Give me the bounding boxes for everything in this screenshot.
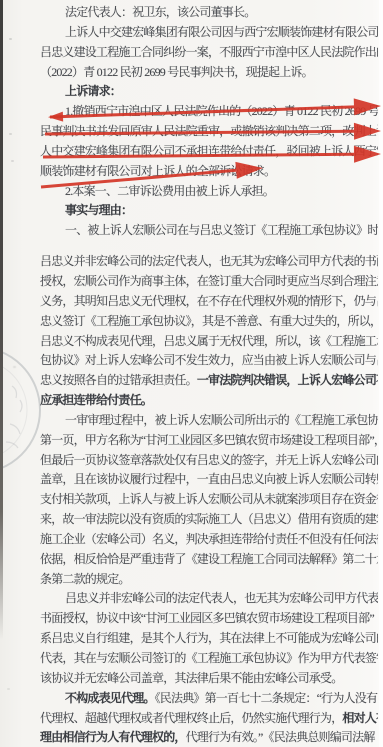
doc-text: 《民法典》第一百七十二条规定：“行为人没有 (155, 691, 378, 705)
doc-line: 忠义签订《工程施工承包协议》，其是不善意、有重大过失的，所以， (40, 312, 378, 332)
doc-line: 包协议》对上诉人宏峰公司不发生效力，应当由被上诉人宏顺公司与吕 (40, 351, 378, 371)
doc-line: 忠义按照各自的过错承担责任。一审法院判决错误，上诉人宏峰公司不 (40, 371, 378, 391)
doc-line: 不构成表见代理。《民法典》第一百七十二条规定：“行为人没有 (40, 689, 378, 709)
doc-text: 吕忠义不构成表见代理，吕忠义属于无权代理，所以，该《工程施工承 (40, 334, 378, 348)
doc-text: 法定代表人：祝卫东，该公司董事长。 (65, 5, 255, 19)
doc-text: 吕忠义并非宏峰公司的法定代表人，也无其为宏峰公司甲方代表的 (65, 591, 378, 605)
doc-text: 顺装饰建材有限公司对上诉人的全部诉讼请求。 (40, 164, 275, 178)
doc-text: 支付相关款项，上诉人与被上诉人宏顺公司从未就案涉项目存在资金往 (40, 492, 378, 506)
doc-line: 吕忠义不构成表见代理，吕忠义属于无权代理，所以，该《工程施工承 (40, 332, 378, 352)
doc-text: 一、被上诉人宏顺公司在与吕忠义签订《工程施工承包协议》时， (65, 223, 378, 237)
doc-text-bold: 上诉请求： (65, 84, 121, 98)
doc-line: 顺装饰建材有限公司对上诉人的全部诉讼请求。 (40, 162, 378, 182)
scan-left-edge-shadow (0, 0, 3, 640)
doc-text-bold: 事实与理由： (65, 203, 132, 217)
doc-text: 忠义签订《工程施工承包协议》，其是不善意、有重大过失的，所以， (40, 314, 378, 328)
doc-line: 上诉请求： (40, 82, 378, 102)
doc-text: 1.撤销西宁市湟中区人民法院作出的（2022）青 0122 民初 2699 号 (65, 104, 378, 118)
scan-right-edge-highlight (379, 0, 383, 747)
doc-text: 2.本案一、二审诉讼费用由被上诉人承担。 (65, 184, 274, 198)
doc-text: （2022）青 0122 民初 2699 号民事判决书，现提起上诉。 (40, 65, 313, 79)
scan-artifact-specks (9, 38, 12, 40)
doc-text: 系吕忠义自行组建，是其个人行为，其在法律上不可能成为宏峰公司的 (40, 631, 378, 645)
doc-line: 授权，宏顺公司作为商事主体，在签订重大合同时更应当尽到合理注意 (40, 272, 378, 292)
doc-line: 代理权、超越代理权或者代理权终止后，仍然实施代理行为，相对人有 (40, 709, 378, 729)
doc-line: 吕忠义并非宏峰公司的法定代表人，也无其为宏峰公司甲方代表的 (40, 589, 378, 609)
doc-line: 但最后一页协议签章落款处仅有吕忠义的签字，并无上诉人宏峰公司的 (40, 451, 378, 471)
doc-line: 法定代表人：祝卫东，该公司董事长。 (40, 3, 378, 23)
doc-text: 授权，宏顺公司作为商事主体，在签订重大合同时更应当尽到合理注意 (40, 274, 378, 288)
doc-text-bold: 应承担连带给付责任。 (40, 393, 152, 407)
doc-line: 支付相关款项，上诉人与被上诉人宏顺公司从未就案涉项目存在资金往 (40, 490, 378, 510)
doc-text: 民事判决书并发回原审人民法院重审，或撤销该判决第二项，改判上诉 (40, 124, 378, 138)
doc-line: 民事判决书并发回原审人民法院重审，或撤销该判决第二项，改判上诉 (40, 122, 378, 142)
doc-line: 事实与理由： (40, 201, 378, 221)
document-text: 法定代表人：祝卫东，该公司董事长。上诉人中交建宏峰集团有限公司因与西宁宏顺装饰建… (40, 3, 378, 747)
doc-text: 忠义按照各自的过错承担责任。 (40, 373, 197, 387)
doc-text: 人中交建宏峰集团有限公司不承担连带给付责任，驳回被上诉人西宁宏 (40, 144, 378, 158)
doc-line: 条第二款的规定。 (40, 570, 378, 590)
doc-line: 理由相信行为人有代理权的，代理行为有效。”《民法典总则编司法解 (40, 728, 378, 747)
doc-text: 该协议并无宏峰公司盖章，其法律后果不能由宏峰公司承受。 (40, 671, 342, 685)
doc-line: 第一页，甲方名称为“甘河工业园区多巴镇农贸市场建设工程项目部”， (40, 431, 378, 451)
doc-text: 但最后一页协议签章落款处仅有吕忠义的签字，并无上诉人宏峰公司的 (40, 453, 378, 467)
doc-text-bold: 不构成表见代理。 (65, 691, 155, 705)
doc-line: 人中交建宏峰集团有限公司不承担连带给付责任，驳回被上诉人西宁宏 (40, 142, 378, 162)
doc-text: 依据，相反恰恰是严重违背了《建设工程施工合同司法解释》第二十六 (40, 552, 378, 566)
doc-text-bold: 理由相信行为人有代理权的， (40, 730, 186, 744)
doc-line: 一、被上诉人宏顺公司在与吕忠义签订《工程施工承包协议》时， (40, 221, 378, 241)
doc-line: 1.撤销西宁市湟中区人民法院作出的（2022）青 0122 民初 2699 号 (40, 102, 378, 122)
doc-text: 第一页，甲方名称为“甘河工业园区多巴镇农贸市场建设工程项目部”， (40, 433, 378, 447)
doc-line: 2.本案一、二审诉讼费用由被上诉人承担。 (40, 182, 378, 202)
doc-line: 该协议并无宏峰公司盖章，其法律后果不能由宏峰公司承受。 (40, 669, 378, 689)
doc-line: 一审审理过程中，被上诉人宏顺公司所出示的《工程施工承包协议》 (40, 411, 378, 431)
doc-text: 代理权、超越代理权或者代理权终止后，仍然实施代理行为， (40, 711, 342, 725)
doc-text: 施工企业（宏峰公司）名义，判决承担连带给付责任不但没有任何法律 (40, 532, 378, 546)
doc-line: 上诉人中交建宏峰集团有限公司因与西宁宏顺装饰建材有限公司和 (40, 23, 378, 43)
doc-line: 来，故一审法院以没有资质的实际施工人（吕忠义）借用有资质的建筑 (40, 510, 378, 530)
doc-text: 代理行为有效。”《民法典总则编司法解 (186, 730, 375, 744)
doc-text: 条第二款的规定。 (40, 572, 130, 586)
doc-line: 吕忠义并非宏峰公司的法定代表人，也无其为宏峰公司甲方代表的书面 (40, 252, 378, 272)
doc-line: 系吕忠义自行组建，是其个人行为，其在法律上不可能成为宏峰公司的 (40, 629, 378, 649)
doc-text: 上诉人中交建宏峰集团有限公司因与西宁宏顺装饰建材有限公司和 (65, 25, 378, 39)
doc-line: 应承担连带给付责任。 (40, 391, 378, 411)
doc-line: 义务，其明知吕忠义无代理权，在不存在代理权外观的情形下，仍与吕 (40, 292, 378, 312)
doc-text: 代表，其在与宏顺公司签订的《工程施工承包协议》作为甲方代表签字， (40, 651, 378, 665)
scanned-appeal-document-page: 法定代表人：祝卫东，该公司董事长。上诉人中交建宏峰集团有限公司因与西宁宏顺装饰建… (0, 0, 383, 747)
doc-text: 盖章，且在该协议履行过程中，一直由吕忠义向被上诉人宏顺公司转账 (40, 472, 378, 486)
doc-line: 施工企业（宏峰公司）名义，判决承担连带给付责任不但没有任何法律 (40, 530, 378, 550)
doc-text: 书面授权，协议中该“甘河工业园区多巴镇农贸市场建设工程项目部” (40, 611, 374, 625)
doc-text: 来，故一审法院以没有资质的实际施工人（吕忠义）借用有资质的建筑 (40, 512, 378, 526)
doc-line: 盖章，且在该协议履行过程中，一直由吕忠义向被上诉人宏顺公司转账 (40, 470, 378, 490)
doc-text: 包协议》对上诉人宏峰公司不发生效力，应当由被上诉人宏顺公司与吕 (40, 353, 378, 367)
doc-text: 吕忠义建设工程施工合同纠纷一案，不服西宁市湟中区人民法院作出的 (40, 45, 378, 59)
doc-text-bold: 一审法院判决错误，上诉人宏峰公司不 (197, 373, 378, 387)
doc-text: 一审审理过程中，被上诉人宏顺公司所出示的《工程施工承包协议》 (65, 413, 378, 427)
doc-text: 吕忠义并非宏峰公司的法定代表人，也无其为宏峰公司甲方代表的书面 (40, 254, 378, 268)
doc-line: 依据，相反恰恰是严重违背了《建设工程施工合同司法解释》第二十六 (40, 550, 378, 570)
doc-line: 代表，其在与宏顺公司签订的《工程施工承包协议》作为甲方代表签字， (40, 649, 378, 669)
doc-line: （2022）青 0122 民初 2699 号民事判决书，现提起上诉。 (40, 63, 378, 83)
doc-line: 书面授权，协议中该“甘河工业园区多巴镇农贸市场建设工程项目部” (40, 609, 378, 629)
doc-text-bold: 相对人有 (342, 711, 378, 725)
doc-line: 吕忠义建设工程施工合同纠纷一案，不服西宁市湟中区人民法院作出的 (40, 43, 378, 63)
doc-text: 义务，其明知吕忠义无代理权，在不存在代理权外观的情形下，仍与吕 (40, 294, 378, 308)
